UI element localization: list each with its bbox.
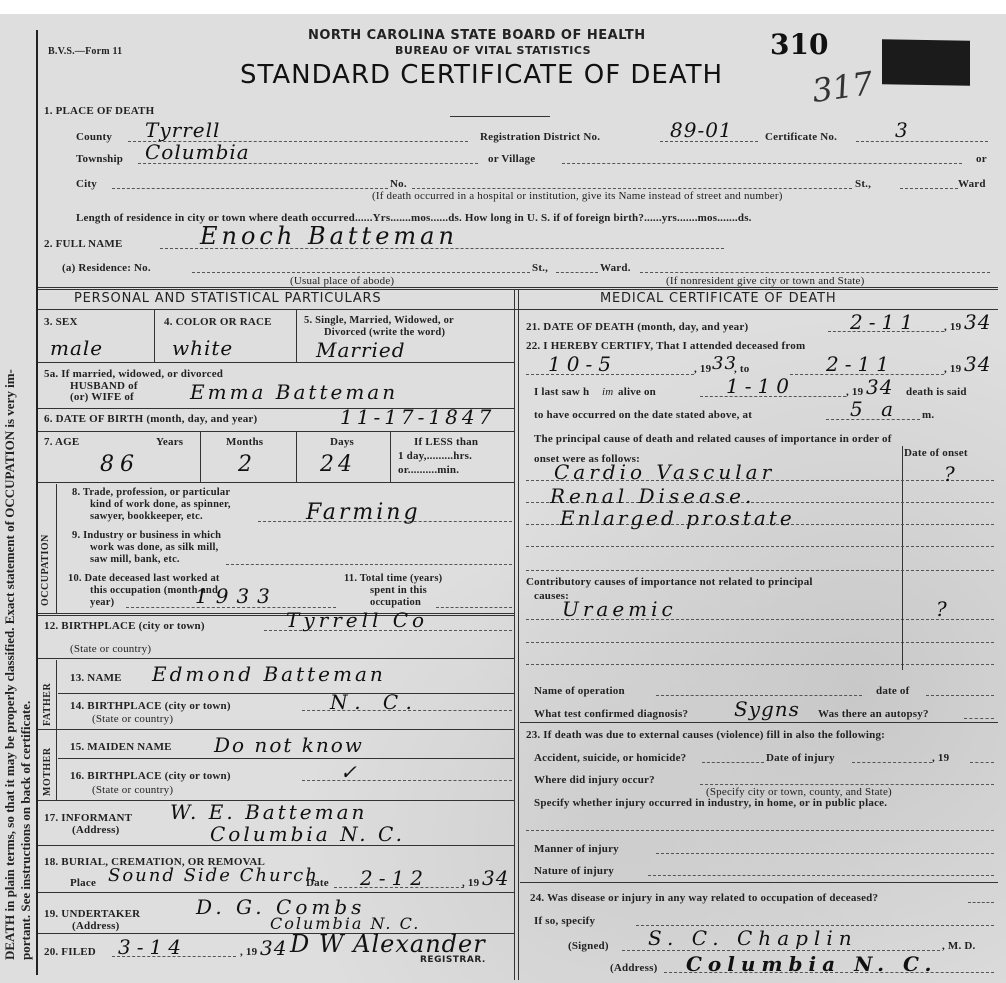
title-underline: [450, 116, 550, 117]
operation-label: Name of operation: [534, 685, 625, 697]
mother-bp-label: 16. BIRTHPLACE (city or town): [70, 770, 231, 782]
race-value: white: [172, 336, 233, 360]
attended-to-year-prefix: , 19: [944, 363, 961, 375]
medical-heading: MEDICAL CERTIFICATE OF DEATH: [600, 291, 836, 306]
column-divider: [514, 290, 515, 980]
injury-date-line: [852, 762, 932, 763]
ward-line: [900, 188, 958, 189]
row-rule: [38, 729, 514, 730]
accident-label: Accident, suicide, or homicide?: [534, 752, 686, 764]
father-name-value: Edmond Batteman: [152, 662, 386, 686]
lastworked-value: 1933: [195, 584, 278, 608]
physician-address-label: (Address): [610, 962, 657, 974]
certificate-label: Certificate No.: [765, 131, 837, 143]
dod-year-value: 34: [964, 310, 991, 334]
last-saw-value: 1-10: [726, 374, 795, 398]
full-name-label: 2. FULL NAME: [44, 238, 123, 250]
burial-year-value: 34: [482, 866, 509, 890]
lastworked-label-3: year): [90, 597, 114, 608]
cell-divider: [154, 310, 155, 362]
row-rule: [38, 658, 514, 659]
autopsy-label: Was there an autopsy?: [818, 708, 929, 720]
dod-year-prefix: , 19: [944, 321, 961, 333]
village-label: or Village: [488, 153, 535, 165]
margin-instructions: DEATH in plain terms, so that it may be …: [2, 10, 36, 960]
attended-to-value: 2-11: [826, 352, 895, 376]
days-label: Days: [330, 436, 354, 448]
totaltime-label-2: spent in this: [370, 585, 427, 596]
sex-label: 3. SEX: [44, 316, 78, 328]
months-label: Months: [226, 436, 263, 448]
trade-label-2: kind of work done, as spinner,: [90, 499, 231, 510]
street-line: [412, 188, 852, 189]
father-bp-state-label: (State or country): [92, 713, 173, 725]
specify-line: [526, 830, 994, 831]
dod-label: 21. DATE OF DEATH (month, day, and year): [526, 321, 748, 333]
stamp-number: 310: [770, 28, 828, 61]
mother-bp-line: [302, 780, 512, 781]
redaction-block: [882, 39, 970, 86]
physician-address-value: Columbia N. C.: [686, 952, 938, 976]
cause-2: Renal Disease.: [550, 484, 755, 508]
operation-date-line: [926, 695, 994, 696]
dob-label: 6. DATE OF BIRTH (month, day, and year): [44, 413, 257, 425]
undertaker-label: 19. UNDERTAKER: [44, 908, 140, 920]
margin-rule: [36, 30, 38, 975]
attended-to-year: 34: [964, 352, 991, 376]
mother-side-label: MOTHER: [42, 747, 53, 796]
county-value: Tyrrell: [145, 118, 220, 142]
autopsy-line: [964, 718, 994, 719]
operation-date-label: date of: [876, 685, 909, 697]
contrib-line: [526, 642, 994, 643]
specify-label: Specify whether injury occurred in indus…: [534, 797, 887, 809]
age-label: 7. AGE: [44, 436, 79, 448]
parent-side-rule: [56, 660, 57, 800]
row-rule: [520, 882, 998, 883]
mother-name-label: 15. MAIDEN NAME: [70, 741, 172, 753]
contrib-cause-1: Uraemic: [562, 597, 677, 621]
registration-district-value: 89-01: [670, 118, 733, 142]
spouse-label-1: 5a. If married, widowed, or divorced: [44, 368, 223, 380]
death-said-label: death is said: [906, 386, 967, 398]
residence-line: [192, 272, 530, 273]
registrar-signature: D W Alexander: [290, 930, 486, 958]
time-value: 5 a: [850, 397, 899, 421]
informant-address-value: Columbia N. C.: [210, 822, 405, 846]
industry-label-1: 9. Industry or business in which: [72, 530, 221, 541]
where-label: Where did injury occur?: [534, 774, 655, 786]
cause-1-onset: ?: [944, 462, 956, 486]
external-label: 23. If death was due to external causes …: [526, 729, 885, 741]
number-label: No.: [390, 178, 407, 190]
cell-divider: [390, 432, 391, 482]
or-label: or: [976, 153, 987, 165]
industry-label-3: saw mill, bank, etc.: [90, 554, 180, 565]
cell-divider: [296, 432, 297, 482]
page-title: STANDARD CERTIFICATE OF DEATH: [240, 60, 723, 90]
signed-label: (Signed): [568, 940, 609, 952]
trade-label-1: 8. Trade, profession, or particular: [72, 487, 230, 498]
township-label: Township: [76, 153, 123, 165]
informant-label: 17. INFORMANT: [44, 812, 132, 824]
informant-value: W. E. Batteman: [170, 800, 367, 824]
injury-date-label: Date of injury: [766, 752, 835, 764]
registration-district-label: Registration District No.: [480, 131, 600, 143]
nonresident-note: (If nonresident give city or town and St…: [666, 275, 865, 287]
physician-signature: S. C. Chaplin: [648, 926, 858, 950]
abode-note: (Usual place of abode): [290, 275, 394, 287]
birthplace-value: Tyrrell Co: [286, 608, 428, 632]
birthplace-state-label: (State or country): [70, 643, 151, 655]
contrib-cause-1-onset: ?: [936, 597, 948, 621]
township-value: Columbia: [145, 140, 250, 164]
alive-label: alive on: [618, 386, 656, 398]
marital-label-1: 5. Single, Married, Widowed, or: [304, 315, 454, 326]
totaltime-line: [436, 607, 512, 608]
village-line: [562, 163, 962, 164]
spouse-label-3: (or) WIFE of: [70, 391, 134, 403]
form-id: B.V.S.—Form 11: [48, 46, 122, 57]
personal-heading: PERSONAL AND STATISTICAL PARTICULARS: [74, 291, 381, 306]
race-label: 4. COLOR OR RACE: [164, 316, 272, 328]
certificate-value: 3: [895, 118, 909, 142]
residence-ward-line: [556, 272, 598, 273]
where-line: [700, 784, 994, 785]
residence-label: (a) Residence: No.: [62, 262, 151, 274]
burial-date-value: 2-12: [360, 866, 429, 890]
contrib-label-1: Contributory causes of importance not re…: [526, 576, 813, 588]
industry-label-2: work was done, as silk mill,: [90, 542, 218, 553]
occurred-label: to have occurred on the date stated abov…: [534, 409, 752, 421]
cause-1: Cardio Vascular: [554, 460, 775, 484]
trade-value: Farming: [306, 500, 421, 525]
burial-place-label: Place: [70, 877, 96, 889]
residence-ward-label: Ward.: [600, 262, 631, 274]
row-rule: [38, 482, 514, 483]
cause-3: Enlarged prostate: [560, 506, 795, 530]
row-rule: [38, 362, 514, 363]
age-months: 2: [238, 452, 253, 477]
margin-line-2: portant. See instructions on back of cer…: [18, 10, 34, 960]
last-saw-pronoun: im: [602, 386, 613, 398]
hospital-note: (If death occurred in a hospital or inst…: [372, 190, 783, 202]
residence-st-label: St.,: [532, 262, 548, 274]
row-rule: [38, 845, 514, 846]
less-label-1: If LESS than: [414, 436, 478, 448]
age-days: 24: [320, 452, 356, 477]
manner-line: [656, 853, 994, 854]
row-rule: [58, 693, 514, 694]
mother-bp-value: ✓: [340, 760, 358, 784]
trade-label-3: sawyer, bookkeeper, etc.: [90, 511, 203, 522]
bureau-name: BUREAU OF VITAL STATISTICS: [395, 44, 591, 57]
mother-bp-state-label: (State or country): [92, 784, 173, 796]
attended-from-value: 10-5: [548, 352, 617, 376]
marital-label-2: Divorced (write the word): [324, 327, 445, 338]
occupation-related-label: 24. Was disease or injury in any way rel…: [530, 892, 878, 904]
agency-name: NORTH CAROLINA STATE BOARD OF HEALTH: [308, 28, 646, 43]
less-label-2: 1 day,.........hrs.: [398, 450, 472, 462]
years-label: Years: [156, 436, 183, 448]
age-years: 86: [100, 452, 140, 477]
totaltime-label-3: occupation: [370, 597, 421, 608]
father-side-label: FATHER: [42, 683, 53, 726]
margin-line-1: DEATH in plain terms, so that it may be …: [2, 10, 18, 960]
md-label: , M. D.: [942, 940, 975, 952]
certify-label: 22. I HEREBY CERTIFY, That I attended de…: [526, 340, 805, 352]
operation-line: [656, 695, 862, 696]
spouse-value: Emma Batteman: [190, 380, 398, 404]
dob-value: 11-17-1847: [340, 405, 495, 429]
father-bp-value: N. C.: [330, 690, 420, 714]
father-name-label: 13. NAME: [70, 672, 122, 684]
totaltime-label-1: 11. Total time (years): [344, 573, 442, 584]
principal-label-1: The principal cause of death and related…: [534, 433, 892, 445]
full-name-value: Enoch Batteman: [200, 222, 458, 250]
mother-name-value: Do not know: [214, 733, 364, 757]
injury-year-line: [970, 762, 994, 763]
occupation-side-label: OCCUPATION: [40, 534, 51, 606]
m-label: m.: [922, 409, 934, 421]
burial-year-prefix: , 19: [462, 877, 479, 889]
test-value: Sygns: [734, 697, 800, 721]
undertaker-address-label: (Address): [72, 920, 119, 932]
nature-line: [648, 875, 994, 876]
top-border: [0, 0, 1006, 14]
filed-label: 20. FILED: [44, 946, 96, 958]
accident-line: [702, 762, 764, 763]
ward-label: Ward: [958, 178, 986, 190]
street-label: St.,: [855, 178, 871, 190]
last-saw-year: 34: [866, 375, 893, 399]
county-label: County: [76, 131, 112, 143]
father-bp-label: 14. BIRTHPLACE (city or town): [70, 700, 231, 712]
birthplace-label: 12. BIRTHPLACE (city or town): [44, 620, 205, 632]
onset-column-rule: [902, 590, 903, 670]
test-label: What test confirmed diagnosis?: [534, 708, 688, 720]
informant-address-label: (Address): [72, 824, 119, 836]
signed-line: [622, 950, 940, 951]
row-rule: [58, 758, 514, 759]
cause-line: [526, 546, 994, 547]
cause-line: [526, 570, 994, 571]
dod-value: 2-11: [850, 310, 919, 334]
row-rule: [38, 431, 514, 432]
registrar-label: REGISTRAR.: [420, 955, 486, 965]
filed-year-prefix: , 19: [240, 946, 257, 958]
row-rule: [38, 613, 514, 616]
burial-place-value: Sound Side Church: [108, 865, 319, 886]
row-rule: [38, 892, 514, 893]
sex-value: male: [50, 336, 103, 360]
nonresident-line: [640, 272, 990, 273]
contrib-line: [526, 664, 994, 665]
attended-from-year-prefix: , 19: [694, 363, 711, 375]
burial-date-label: Date: [306, 877, 329, 889]
row-rule: [520, 722, 998, 723]
nature-label: Nature of injury: [534, 865, 614, 877]
less-label-3: or..........min.: [398, 464, 459, 476]
if-so-label: If so, specify: [534, 915, 595, 927]
manner-label: Manner of injury: [534, 843, 619, 855]
column-divider-2: [518, 290, 519, 980]
place-of-death-label: 1. PLACE OF DEATH: [44, 105, 154, 117]
certificate-line: [856, 141, 988, 142]
cell-divider: [296, 310, 297, 362]
filed-year-value: 34: [260, 936, 287, 960]
marital-value: Married: [316, 338, 406, 362]
city-label: City: [76, 178, 97, 190]
onset-label: Date of onset: [904, 447, 968, 459]
occupation-related-line: [968, 902, 994, 903]
city-line: [112, 188, 388, 189]
lastworked-label-1: 10. Date deceased last worked at: [68, 573, 220, 584]
last-saw-label: I last saw h: [534, 386, 589, 398]
occupation-side-rule: [56, 484, 57, 614]
filed-value: 3-14: [118, 935, 187, 959]
cell-divider: [200, 432, 201, 482]
industry-line: [226, 564, 512, 565]
injury-year-label: , 19: [932, 752, 949, 764]
